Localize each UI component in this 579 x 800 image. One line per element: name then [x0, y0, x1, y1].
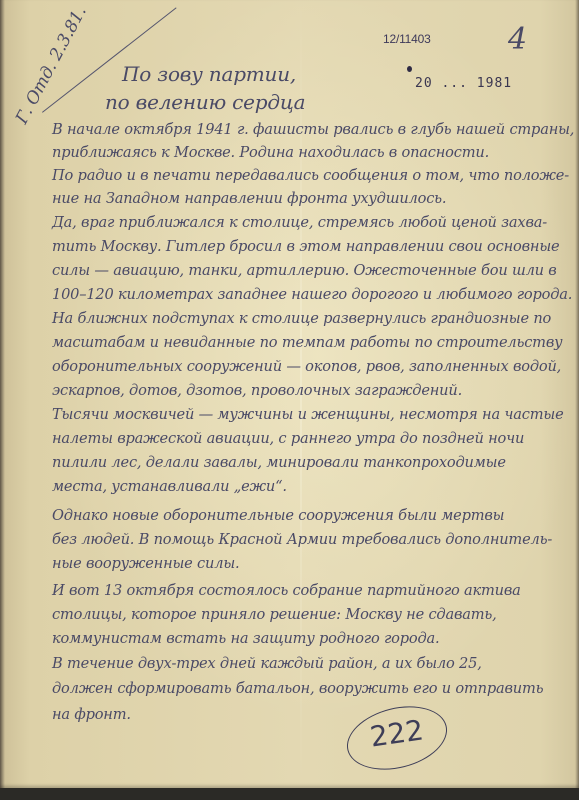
title-line-1: По зову партии,	[122, 62, 296, 86]
scan-border	[0, 788, 579, 800]
text-line: места, устанавливали „ежи“.	[52, 478, 287, 495]
text-line: пилили лес, делали завалы, минировали та…	[52, 454, 506, 471]
text-line: приближаясь к Москве. Родина находилась …	[52, 144, 489, 161]
document-page: Г. Отд. 2.3.81. 12/11403 4 20 ... 1981 П…	[0, 0, 579, 788]
text-line: Тысячи москвичей — мужчины и женщины, не…	[52, 406, 564, 423]
text-line: оборонительных сооружений — окопов, рвов…	[52, 358, 561, 375]
text-line: должен сформировать батальон, вооружить …	[52, 680, 543, 697]
text-line: В начале октября 1941 г. фашисты рвались…	[52, 121, 574, 138]
text-line: Да, враг приближался к столице, стремясь…	[52, 214, 547, 231]
text-line: на фронт.	[52, 706, 131, 723]
margin-note: Г. Отд. 2.3.81.	[12, 3, 91, 127]
text-line: Однако новые оборонительные сооружения б…	[52, 507, 504, 524]
text-line: По радио и в печати передавались сообщен…	[52, 167, 569, 184]
text-line: ние на Западном направлении фронта ухудш…	[52, 190, 446, 207]
text-line: И вот 13 октября состоялось собрание пар…	[52, 582, 521, 599]
text-line: коммунистам встать на защиту родного гор…	[52, 630, 439, 647]
text-line: На ближних подступах к столице развернул…	[52, 310, 551, 327]
text-line: столицы, которое приняло решение: Москву…	[52, 606, 497, 623]
text-line: масштабам и невиданные по темпам работы …	[52, 334, 562, 351]
text-line: эскарпов, дотов, дзотов, проволочных заг…	[52, 382, 462, 399]
text-line: ные вооруженные силы.	[52, 555, 239, 572]
title-line-2: по велению сердца	[105, 90, 305, 114]
text-line: тить Москву. Гитлер бросил в этом направ…	[52, 238, 559, 255]
page-number: 4	[508, 22, 527, 57]
stamp-dot	[407, 66, 412, 72]
text-line: В течение двух-трех дней каждый район, а…	[52, 655, 482, 672]
archive-number: 12/11403	[383, 32, 431, 46]
text-line: 100–120 километрах западнее нашего дорог…	[52, 286, 572, 303]
text-line: налеты вражеской авиации, с раннего утра…	[52, 430, 524, 447]
date-stamp: 20 ... 1981	[415, 76, 512, 91]
text-line: без людей. В помощь Красной Армии требов…	[52, 531, 552, 548]
text-line: силы — авиацию, танки, артиллерию. Ожест…	[52, 262, 557, 279]
